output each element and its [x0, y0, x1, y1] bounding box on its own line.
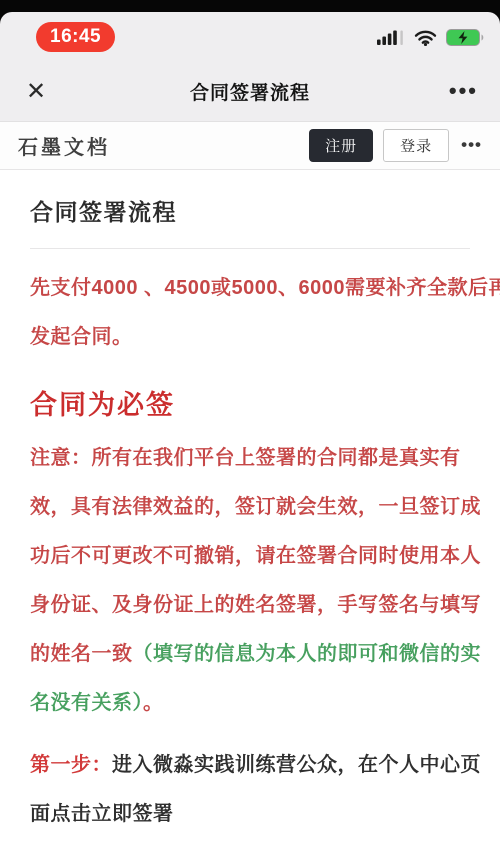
- status-icons: [377, 29, 484, 46]
- site-header: 石墨文档 注册 登录 •••: [0, 122, 500, 170]
- register-button[interactable]: 注册: [309, 129, 373, 162]
- notice-line: 名没有关系）。: [30, 679, 470, 728]
- notice-red-segment: 。: [143, 692, 164, 714]
- wifi-icon: [414, 29, 437, 46]
- header-more-button[interactable]: •••: [459, 142, 484, 149]
- top-black-strip: 16:45: [0, 0, 500, 62]
- doc-title: 合同签署流程: [30, 194, 470, 227]
- header-actions: 注册 登录 •••: [309, 129, 484, 162]
- step1-line: 第一步：进入微淼实践训练营公众，在个人中心页: [30, 741, 470, 790]
- payment-line: 发起合同。: [30, 313, 470, 362]
- notice-line: 的姓名一致（填写的信息为本人的即可和微信的实: [30, 630, 470, 679]
- payment-line: 先支付4000 、4500或5000、6000需要补齐全款后再: [30, 264, 470, 313]
- notice-paragraph: 注意：所有在我们平台上签署的合同都是真实有 效，具有法律效益的，签订就会生效，一…: [30, 434, 470, 728]
- login-button[interactable]: 登录: [383, 129, 449, 162]
- notice-green-segment: （填写的信息为本人的即可和微信的实: [133, 643, 482, 665]
- notice-line: 效，具有法律效益的，签订就会生效，一旦签订成: [30, 483, 470, 532]
- notice-line: 身份证、及身份证上的姓名签署，手写签名与填写: [30, 581, 470, 630]
- must-sign-heading: 合同为必签: [30, 383, 470, 422]
- notice-line: 功后不可更改不可撤销，请在签署合同时使用本人: [30, 532, 470, 581]
- notice-red-segment: 的姓名一致: [30, 643, 133, 665]
- status-bar: 16:45: [0, 12, 500, 62]
- step1-text: 进入微淼实践训练营公众，在个人中心页: [112, 754, 481, 776]
- more-menu-button[interactable]: •••: [449, 87, 478, 96]
- payment-paragraph: 先支付4000 、4500或5000、6000需要补齐全款后再 发起合同。: [30, 264, 470, 362]
- ellipsis-icon: •••: [449, 78, 478, 103]
- battery-charging-icon: [446, 29, 484, 46]
- wechat-nav-bar: ✕ 合同签署流程 •••: [0, 62, 500, 122]
- brand-logo[interactable]: 石墨文档: [18, 131, 110, 160]
- document-content: 合同签署流程 先支付4000 、4500或5000、6000需要补齐全款后再 发…: [0, 194, 500, 839]
- notice-line: 注意：所有在我们平台上签署的合同都是真实有: [30, 434, 470, 483]
- recording-time-pill[interactable]: 16:45: [36, 22, 115, 52]
- step1-line: 面点击立即签署: [30, 790, 470, 839]
- notice-green-segment: 名没有关系）: [30, 692, 143, 714]
- cellular-signal-icon: [377, 30, 405, 45]
- title-divider: [30, 248, 470, 249]
- step1-label: 第一步：: [30, 754, 112, 776]
- page-title: 合同签署流程: [0, 78, 500, 105]
- ellipsis-icon: •••: [461, 135, 482, 154]
- step1-paragraph: 第一步：进入微淼实践训练营公众，在个人中心页 面点击立即签署: [30, 741, 470, 839]
